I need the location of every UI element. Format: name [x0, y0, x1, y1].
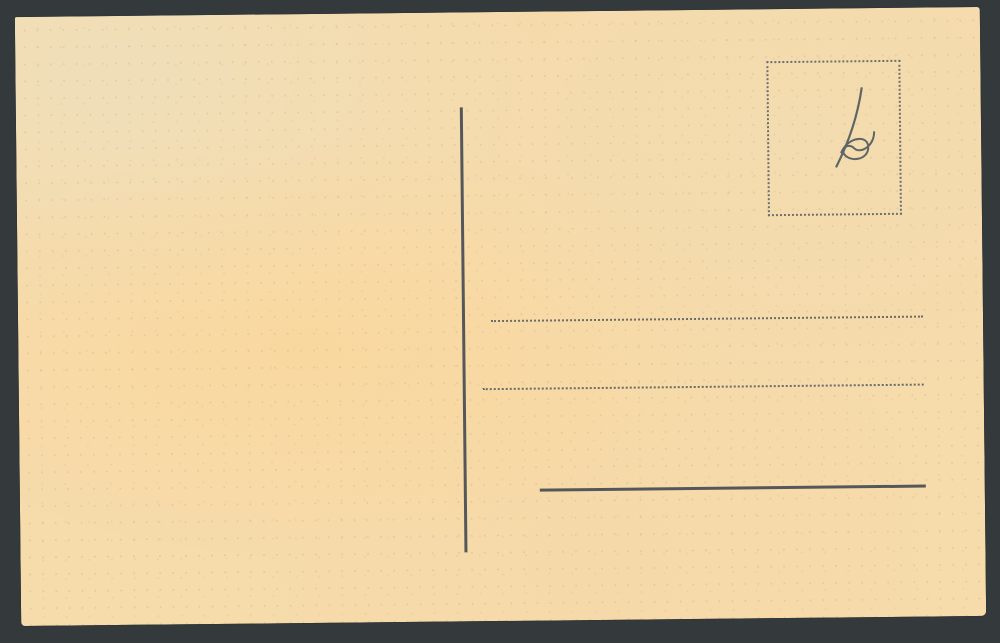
scan-background — [0, 0, 1000, 643]
address-line-2 — [483, 384, 924, 391]
postcard-back — [15, 7, 986, 626]
message-address-divider — [460, 107, 468, 552]
stamp-placeholder-box — [766, 60, 902, 216]
address-line-3 — [540, 485, 926, 492]
address-line-1 — [491, 316, 923, 323]
handwritten-mark-icon — [824, 84, 885, 175]
